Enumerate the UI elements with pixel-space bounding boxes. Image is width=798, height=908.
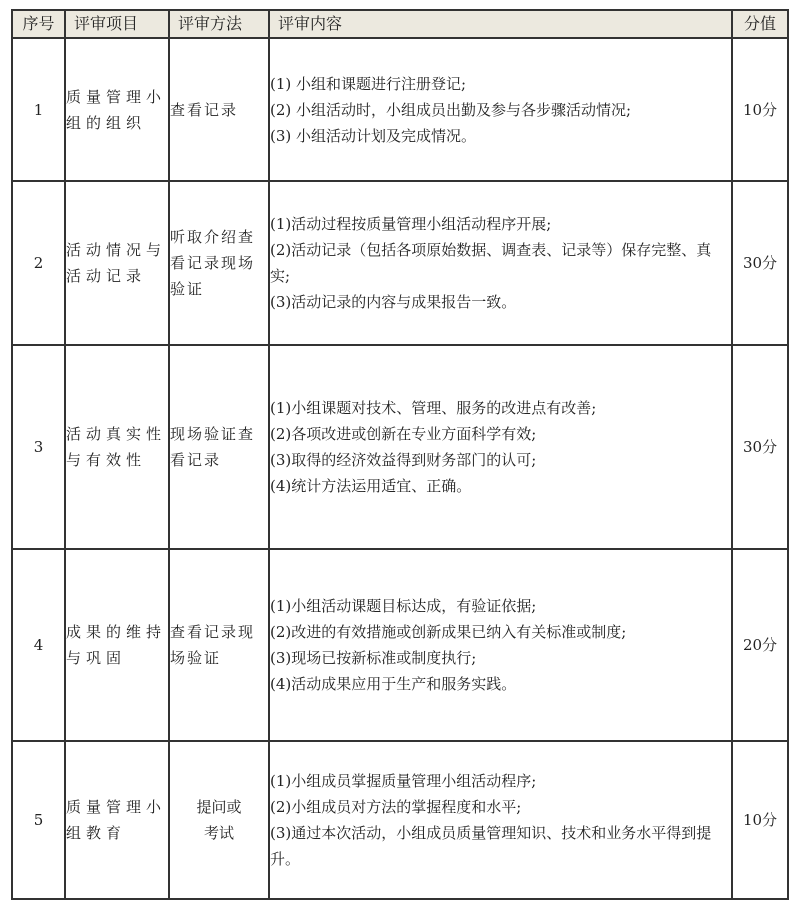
evaluation-table: 序号 评审项目 评审方法 评审内容 分值 1 质量管理小组的组织 查看记录 (1… (11, 9, 789, 900)
row-item: 质量管理小组教育 (65, 741, 169, 899)
content-line: (2)各项改进或创新在专业方面科学有效; (270, 421, 731, 447)
table-row: 2 活动情况与活动记录 听取介绍查看记录现场验证 (1)活动过程按质量管理小组活… (12, 181, 788, 345)
header-method: 评审方法 (169, 10, 269, 38)
row-seq: 2 (12, 181, 65, 345)
row-item: 活动情况与活动记录 (65, 181, 169, 345)
content-line: (1)小组活动课题目标达成，有验证依据; (270, 593, 731, 619)
content-line: (1)小组成员掌握质量管理小组活动程序; (270, 768, 731, 794)
header-content: 评审内容 (269, 10, 732, 38)
row-method: 现场验证查看记录 (169, 345, 269, 549)
header-row: 序号 评审项目 评审方法 评审内容 分值 (12, 10, 788, 38)
row-score: 10分 (732, 741, 788, 899)
row-method: 提问或考试 (169, 741, 269, 899)
row-method: 查看记录现场验证 (169, 549, 269, 741)
table-row: 5 质量管理小组教育 提问或考试 (1)小组成员掌握质量管理小组活动程序; (2… (12, 741, 788, 899)
row-score: 30分 (732, 345, 788, 549)
row-content: (1)小组课题对技术、管理、服务的改进点有改善; (2)各项改进或创新在专业方面… (269, 345, 732, 549)
row-seq: 1 (12, 38, 65, 181)
row-method: 听取介绍查看记录现场验证 (169, 181, 269, 345)
content-line: (2)改进的有效措施或创新成果已纳入有关标准或制度; (270, 619, 731, 645)
content-line: (3)通过本次活动，小组成员质量管理知识、技术和业务水平得到提升。 (270, 820, 731, 872)
row-seq: 5 (12, 741, 65, 899)
row-seq: 3 (12, 345, 65, 549)
row-item: 活动真实性与有效性 (65, 345, 169, 549)
table-row: 3 活动真实性与有效性 现场验证查看记录 (1)小组课题对技术、管理、服务的改进… (12, 345, 788, 549)
row-content: (1) 小组和课题进行注册登记; (2) 小组活动时，小组成员出勤及参与各步骤活… (269, 38, 732, 181)
content-line: (2)活动记录（包括各项原始数据、调查表、记录等）保存完整、真实; (270, 237, 731, 289)
content-line: (2) 小组活动时，小组成员出勤及参与各步骤活动情况; (270, 97, 731, 123)
content-line: (3)取得的经济效益得到财务部门的认可; (270, 447, 731, 473)
row-item: 质量管理小组的组织 (65, 38, 169, 181)
row-content: (1)活动过程按质量管理小组活动程序开展; (2)活动记录（包括各项原始数据、调… (269, 181, 732, 345)
content-line: (3) 小组活动计划及完成情况。 (270, 123, 731, 149)
content-line: (4)活动成果应用于生产和服务实践。 (270, 671, 731, 697)
content-line: (4)统计方法运用适宜、正确。 (270, 473, 731, 499)
content-line: (3)活动记录的内容与成果报告一致。 (270, 289, 731, 315)
row-seq: 4 (12, 549, 65, 741)
table-row: 1 质量管理小组的组织 查看记录 (1) 小组和课题进行注册登记; (2) 小组… (12, 38, 788, 181)
row-content: (1)小组成员掌握质量管理小组活动程序; (2)小组成员对方法的掌握程度和水平;… (269, 741, 732, 899)
row-score: 30分 (732, 181, 788, 345)
content-line: (3)现场已按新标准或制度执行; (270, 645, 731, 671)
content-line: (2)小组成员对方法的掌握程度和水平; (270, 794, 731, 820)
row-item: 成果的维持与巩固 (65, 549, 169, 741)
row-method: 查看记录 (169, 38, 269, 181)
row-score: 10分 (732, 38, 788, 181)
content-line: (1)小组课题对技术、管理、服务的改进点有改善; (270, 395, 731, 421)
header-item: 评审项目 (65, 10, 169, 38)
table-row: 4 成果的维持与巩固 查看记录现场验证 (1)小组活动课题目标达成，有验证依据;… (12, 549, 788, 741)
content-line: (1)活动过程按质量管理小组活动程序开展; (270, 211, 731, 237)
row-score: 20分 (732, 549, 788, 741)
header-seq: 序号 (12, 10, 65, 38)
content-line: (1) 小组和课题进行注册登记; (270, 71, 731, 97)
header-score: 分值 (732, 10, 788, 38)
row-content: (1)小组活动课题目标达成，有验证依据; (2)改进的有效措施或创新成果已纳入有… (269, 549, 732, 741)
